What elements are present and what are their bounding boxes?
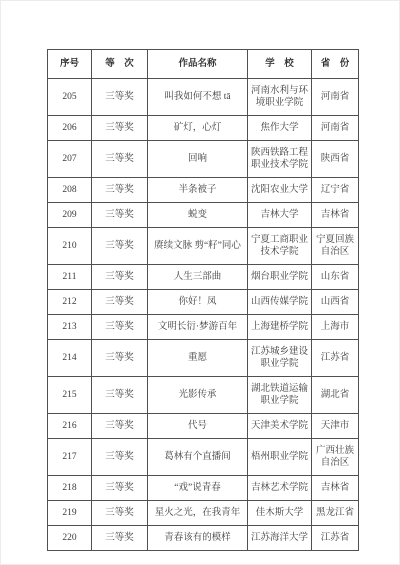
- cell-work-title: 回响: [148, 141, 248, 178]
- cell-school: 山西传媒学院: [248, 290, 312, 315]
- table-row: 207 三等奖 回响 陕西铁路工程职业技术学院 陕西省: [48, 141, 359, 178]
- cell-province: 山西省: [312, 290, 359, 315]
- cell-rank: 三等奖: [92, 501, 148, 526]
- cell-province: 上海市: [312, 315, 359, 340]
- table-row: 214 三等奖 重愿 江苏城乡建设职业学院 江苏省: [48, 340, 359, 377]
- table-row: 205 三等奖 叫我如何不想 tā 河南水利与环境职业学院 河南省: [48, 79, 359, 116]
- cell-work-title: 青春该有的模样: [148, 526, 248, 551]
- cell-province: 黑龙江省: [312, 501, 359, 526]
- cell-work-title: 你好！凤: [148, 290, 248, 315]
- cell-rank: 三等奖: [92, 79, 148, 116]
- cell-work-title: 半条被子: [148, 178, 248, 203]
- cell-province: 吉林省: [312, 203, 359, 228]
- header-school: 学 校: [248, 50, 312, 79]
- award-list-table: 序号 等 次 作品名称 学 校 省 份 205 三等奖 叫我如何不想 tā 河南…: [47, 49, 359, 551]
- cell-school: 上海建桥学院: [248, 315, 312, 340]
- cell-school: 吉林大学: [248, 203, 312, 228]
- table-row: 220 三等奖 青春该有的模样 江苏海洋大学 江苏省: [48, 526, 359, 551]
- cell-work-title: 葛林有个直播间: [148, 439, 248, 476]
- table-row: 208 三等奖 半条被子 沈阳农业大学 辽宁省: [48, 178, 359, 203]
- cell-rank: 三等奖: [92, 377, 148, 414]
- cell-serial: 205: [48, 79, 92, 116]
- cell-province: 江苏省: [312, 340, 359, 377]
- table-row: 218 三等奖 “戏”说青春 吉林艺术学院 吉林省: [48, 476, 359, 501]
- cell-work-title: 矿灯，心灯: [148, 116, 248, 141]
- cell-school: 江苏城乡建设职业学院: [248, 340, 312, 377]
- cell-rank: 三等奖: [92, 116, 148, 141]
- cell-province: 吉林省: [312, 476, 359, 501]
- cell-rank: 三等奖: [92, 340, 148, 377]
- table-row: 210 三等奖 赓续文脉 剪“籽”同心 宁夏工商职业技术学院 宁夏回族自治区: [48, 228, 359, 265]
- cell-serial: 213: [48, 315, 92, 340]
- cell-serial: 211: [48, 265, 92, 290]
- cell-serial: 209: [48, 203, 92, 228]
- cell-province: 广西壮族自治区: [312, 439, 359, 476]
- cell-school: 佳木斯大学: [248, 501, 312, 526]
- cell-school: 河南水利与环境职业学院: [248, 79, 312, 116]
- cell-serial: 217: [48, 439, 92, 476]
- header-work-title: 作品名称: [148, 50, 248, 79]
- cell-work-title: 叫我如何不想 tā: [148, 79, 248, 116]
- table-row: 206 三等奖 矿灯，心灯 焦作大学 河南省: [48, 116, 359, 141]
- cell-work-title: 光影传承: [148, 377, 248, 414]
- cell-serial: 219: [48, 501, 92, 526]
- cell-rank: 三等奖: [92, 228, 148, 265]
- cell-school: 吉林艺术学院: [248, 476, 312, 501]
- cell-serial: 216: [48, 414, 92, 439]
- cell-serial: 207: [48, 141, 92, 178]
- cell-province: 河南省: [312, 116, 359, 141]
- cell-serial: 215: [48, 377, 92, 414]
- cell-serial: 218: [48, 476, 92, 501]
- cell-province: 山东省: [312, 265, 359, 290]
- cell-school: 沈阳农业大学: [248, 178, 312, 203]
- table-row: 209 三等奖 蜕变 吉林大学 吉林省: [48, 203, 359, 228]
- cell-rank: 三等奖: [92, 414, 148, 439]
- cell-serial: 220: [48, 526, 92, 551]
- cell-school: 烟台职业学院: [248, 265, 312, 290]
- cell-rank: 三等奖: [92, 203, 148, 228]
- cell-province: 辽宁省: [312, 178, 359, 203]
- cell-province: 宁夏回族自治区: [312, 228, 359, 265]
- document-page: 序号 等 次 作品名称 学 校 省 份 205 三等奖 叫我如何不想 tā 河南…: [0, 0, 400, 565]
- cell-work-title: 赓续文脉 剪“籽”同心: [148, 228, 248, 265]
- cell-school: 陕西铁路工程职业技术学院: [248, 141, 312, 178]
- cell-rank: 三等奖: [92, 141, 148, 178]
- cell-work-title: 代号: [148, 414, 248, 439]
- table-row: 216 三等奖 代号 天津美术学院 天津市: [48, 414, 359, 439]
- cell-work-title: “戏”说青春: [148, 476, 248, 501]
- cell-school: 江苏海洋大学: [248, 526, 312, 551]
- cell-work-title: 文明长衍·梦游百年: [148, 315, 248, 340]
- cell-work-title: 蜕变: [148, 203, 248, 228]
- table-row: 213 三等奖 文明长衍·梦游百年 上海建桥学院 上海市: [48, 315, 359, 340]
- cell-rank: 三等奖: [92, 290, 148, 315]
- cell-rank: 三等奖: [92, 265, 148, 290]
- cell-serial: 208: [48, 178, 92, 203]
- header-province: 省 份: [312, 50, 359, 79]
- cell-school: 天津美术学院: [248, 414, 312, 439]
- cell-rank: 三等奖: [92, 439, 148, 476]
- cell-serial: 206: [48, 116, 92, 141]
- cell-serial: 214: [48, 340, 92, 377]
- cell-work-title: 人生三部曲: [148, 265, 248, 290]
- table-row: 219 三等奖 星火之光，在我青年 佳木斯大学 黑龙江省: [48, 501, 359, 526]
- cell-school: 焦作大学: [248, 116, 312, 141]
- table-header-row: 序号 等 次 作品名称 学 校 省 份: [48, 50, 359, 79]
- cell-province: 天津市: [312, 414, 359, 439]
- cell-rank: 三等奖: [92, 315, 148, 340]
- cell-rank: 三等奖: [92, 476, 148, 501]
- cell-work-title: 星火之光，在我青年: [148, 501, 248, 526]
- cell-province: 河南省: [312, 79, 359, 116]
- cell-province: 陕西省: [312, 141, 359, 178]
- cell-school: 湖北铁道运输职业学院: [248, 377, 312, 414]
- header-serial: 序号: [48, 50, 92, 79]
- cell-serial: 212: [48, 290, 92, 315]
- cell-serial: 210: [48, 228, 92, 265]
- cell-province: 湖北省: [312, 377, 359, 414]
- cell-school: 宁夏工商职业技术学院: [248, 228, 312, 265]
- cell-school: 梧州职业学院: [248, 439, 312, 476]
- table-row: 212 三等奖 你好！凤 山西传媒学院 山西省: [48, 290, 359, 315]
- table-row: 217 三等奖 葛林有个直播间 梧州职业学院 广西壮族自治区: [48, 439, 359, 476]
- cell-rank: 三等奖: [92, 178, 148, 203]
- cell-rank: 三等奖: [92, 526, 148, 551]
- table-row: 211 三等奖 人生三部曲 烟台职业学院 山东省: [48, 265, 359, 290]
- header-rank: 等 次: [92, 50, 148, 79]
- table-row: 215 三等奖 光影传承 湖北铁道运输职业学院 湖北省: [48, 377, 359, 414]
- cell-province: 江苏省: [312, 526, 359, 551]
- cell-work-title: 重愿: [148, 340, 248, 377]
